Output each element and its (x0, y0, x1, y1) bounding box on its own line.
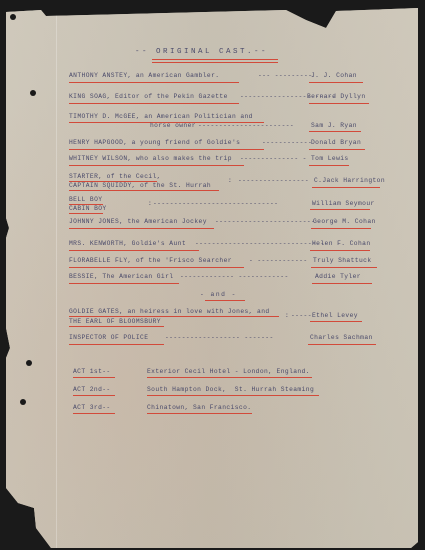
cast-role: HENRY HAPGOOD, a young friend of Goldie'… (69, 139, 240, 147)
cast-actor: George M. Cohan (313, 218, 376, 226)
dash-leader: - ------------ (249, 257, 308, 265)
setting-underline (147, 413, 252, 414)
dash-leader: ------------- ------------ (180, 273, 289, 281)
cast-role: BESSIE, The American Girl (69, 273, 173, 281)
dash-leader: ------------------------------ (153, 200, 278, 208)
cast-role: ANTHONY ANSTEY, an American Gambler. (69, 72, 219, 80)
dash-leader: ------------------------ (215, 218, 315, 226)
cast-actor: Truly Shattuck (313, 257, 372, 265)
actor-underline (311, 228, 371, 229)
actor-underline (310, 250, 370, 251)
cast-actor: Bernard Dyllyn (307, 93, 366, 101)
cast-role: JOHNNY JONES, the American Jockey (69, 218, 207, 226)
dash-leader: --- --------- (258, 72, 312, 80)
cast-actor: Tom Lewis (311, 155, 349, 163)
role-underline (69, 190, 219, 191)
dash-leader: ----------------------- (198, 122, 294, 130)
dash-leader: ----------------- (238, 177, 309, 185)
cast-role: CABIN BOY (69, 205, 107, 213)
cast-actor: Sam J. Ryan (311, 122, 357, 130)
actor-underline (310, 321, 362, 322)
cast-role: BELL BOY (69, 196, 102, 204)
page-title: -- ORIGINAL CAST.-- (135, 48, 268, 56)
actor-underline (308, 344, 376, 345)
punch-hole (10, 14, 16, 20)
cast-role: TIMOTHY D. McGEE, an American Politician… (69, 113, 253, 121)
cast-role: CAPTAIN SQUIDDY, of the St. Hurrah (69, 182, 211, 190)
title-underline (152, 59, 278, 60)
cast-actor: J. J. Cohan (311, 72, 357, 80)
role-underline (69, 149, 264, 150)
fold-line (56, 8, 57, 548)
act-label: ACT 3rd-- (73, 404, 111, 412)
role-underline (69, 344, 164, 345)
cast-actor: Donald Bryan (311, 139, 361, 147)
cast-role: KING SOAG, Editor of the Pekin Gazette (69, 93, 228, 101)
cast-role: GOLDIE GATES, an heiress in love with Jo… (69, 308, 270, 316)
role-underline (69, 267, 244, 268)
act-underline (73, 395, 115, 396)
actor-underline (309, 131, 361, 132)
act-setting: South Hampton Dock, St. Hurrah Steaming (147, 386, 314, 394)
role-underline (69, 213, 103, 214)
cast-actor: Helen F. Cohan (312, 240, 371, 248)
cast-role: WHITNEY WILSON, who also makes the trip (69, 155, 232, 163)
cast-actor: Ethel Levey (312, 312, 358, 320)
act-label: ACT 2nd-- (73, 386, 111, 394)
dash-leader: -------------------------------- (195, 240, 329, 248)
cast-actor: William Seymour (312, 200, 375, 208)
title-underline (152, 62, 278, 63)
cast-role: MRS. KENWORTH, Goldie's Aunt (69, 240, 186, 248)
act-setting: Exterior Cecil Hotel - London, England. (147, 368, 310, 376)
setting-underline (147, 377, 312, 378)
role-underline (69, 228, 214, 229)
actor-underline (312, 187, 380, 188)
role-underline (69, 283, 179, 284)
actor-underline (311, 267, 377, 268)
actor-underline (312, 283, 372, 284)
cast-role: INSPECTOR OF POLICE (69, 334, 148, 342)
cast-actor: Addie Tyler (315, 273, 361, 281)
act-underline (73, 377, 115, 378)
role-underline (69, 316, 279, 317)
role-underline (69, 250, 199, 251)
punch-hole (20, 399, 26, 405)
separator-underline (205, 300, 245, 301)
cast-role: FLORABELLE FLY, of the 'Frisco Searcher (69, 257, 232, 265)
role-underline (69, 165, 244, 166)
cast-actor: Charles Sachman (310, 334, 373, 342)
actor-underline (310, 209, 370, 210)
role-underline (69, 326, 164, 327)
punch-hole (26, 360, 32, 366)
dash-leader: ----- (291, 312, 312, 320)
setting-underline (147, 395, 319, 396)
role-underline (69, 103, 239, 104)
cast-role-cont: horse owner (150, 122, 196, 130)
and-separator: - and - (200, 291, 237, 299)
act-label: ACT 1st-- (73, 368, 111, 376)
dash-leader: ------------------ ------- (165, 334, 274, 342)
cast-role: THE EARL OF BLOOMSBURY (69, 318, 161, 326)
cast-actor: C.Jack Harrington (314, 177, 385, 185)
actor-underline (309, 103, 369, 104)
punch-hole (30, 90, 36, 96)
act-underline (73, 413, 115, 414)
role-underline (69, 82, 239, 83)
cast-role: STARTER, of the Cecil, (69, 173, 161, 181)
actor-underline (309, 165, 349, 166)
act-setting: Chinatown, San Francisco. (147, 404, 251, 412)
dash-leader: -------------- - (240, 155, 307, 163)
actor-underline (309, 149, 365, 150)
dash-leader: ------------ (262, 139, 312, 147)
actor-underline (309, 82, 363, 83)
